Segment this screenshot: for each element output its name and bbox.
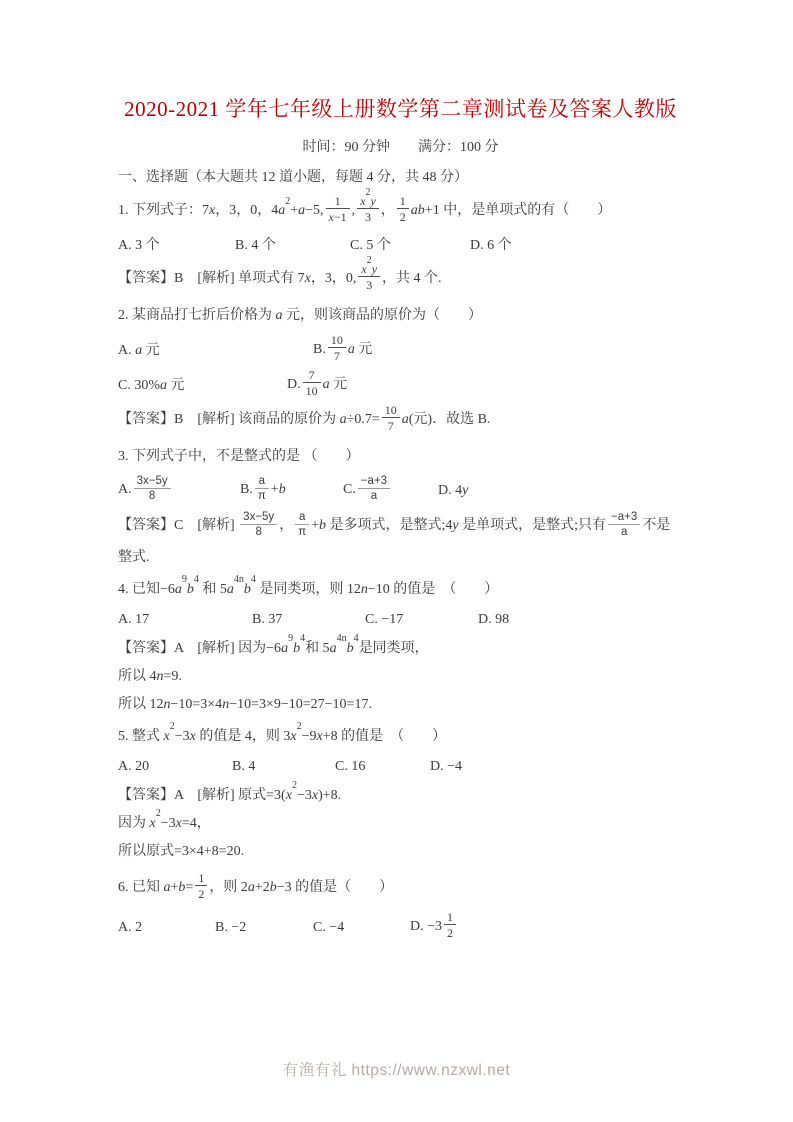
option-c: C. 30%a 元 bbox=[118, 375, 287, 396]
question-1-stem: 1. 下列式子：7x，3，0，4a2+a−5,1x−1,x2y3，12ab+1 … bbox=[118, 196, 683, 226]
answer-line: 【答案】C [解析] 3x−5y8，aπ+b 是多项式，是整式;4y 是单项式，… bbox=[118, 512, 683, 540]
option-a: A. 17 bbox=[118, 609, 252, 630]
fraction: 107 bbox=[328, 333, 346, 363]
time-score-line: 时间：90 分钟 满分：100 分 bbox=[118, 137, 683, 158]
option-d: D. −4 bbox=[430, 756, 462, 777]
question-2-options-row-2: C. 30%a 元 D.710a 元 bbox=[118, 370, 683, 400]
question-6: 6. 已知 a+b=12，则 2a+2b−3 的值是（ ） A. 2 B. −2… bbox=[118, 873, 683, 942]
solution-step: 所以原式=3×4+8=20. bbox=[118, 841, 683, 862]
question-2-stem: 2. 某商品打七折后价格为 a 元，则该商品的原价为（ ） bbox=[118, 305, 683, 326]
question-1: 1. 下列式子：7x，3，0，4a2+a−5,1x−1,x2y3，12ab+1 … bbox=[118, 196, 683, 294]
footer-link[interactable]: 有渔有礼 https://www.nzxwl.net bbox=[283, 1062, 510, 1079]
question-3: 3. 下列式子中，不是整式的是 （ ） A.3x−5y8 B.aπ+b C.−a… bbox=[118, 446, 683, 568]
question-3-options: A.3x−5y8 B.aπ+b C.−a+3a D. 4y bbox=[118, 476, 683, 504]
answer-line-continued: 整式. bbox=[118, 547, 683, 568]
option-c: C. −4 bbox=[313, 917, 410, 938]
option-b: B.aπ+b bbox=[240, 476, 343, 504]
solution-step: 所以 4n=9. bbox=[118, 666, 683, 687]
option-d: D. 6 个 bbox=[470, 235, 512, 256]
question-4: 4. 已知−6a9b4 和 5a4nb4 是同类项，则 12n−10 的值是 （… bbox=[118, 579, 683, 715]
option-a: A. 20 bbox=[118, 756, 232, 777]
fraction: 3x−5y8 bbox=[134, 475, 171, 503]
solution-step: 因为 x2−3x=4， bbox=[118, 813, 683, 834]
option-a: A.3x−5y8 bbox=[118, 476, 240, 504]
option-c: C. 5 个 bbox=[350, 235, 470, 256]
answer-line: 【答案】B [解析] 单项式有 7x，3，0,x2y3，共 4 个. bbox=[118, 264, 683, 294]
fraction: 107 bbox=[382, 403, 400, 433]
answer-line: 【答案】B [解析] 该商品的原价为 a÷0.7=107a(元)．故选 B. bbox=[118, 405, 683, 435]
fraction: x2y3 bbox=[357, 194, 379, 224]
section-header: 一、选择题（本大题共 12 道小题，每题 4 分，共 48 分） bbox=[118, 167, 683, 188]
option-a: A. 3 个 bbox=[118, 235, 235, 256]
question-1-options: A. 3 个 B. 4 个 C. 5 个 D. 6 个 bbox=[118, 235, 683, 256]
page-content: 2020-2021 学年七年级上册数学第二章测试卷及答案人教版 时间：90 分钟… bbox=[0, 0, 793, 942]
fraction: aπ bbox=[295, 511, 309, 539]
fraction: −a+3a bbox=[358, 475, 390, 503]
fraction: aπ bbox=[255, 475, 269, 503]
fraction: 3x−5y8 bbox=[240, 511, 277, 539]
fraction: 12 bbox=[444, 910, 456, 940]
fraction: 12 bbox=[397, 194, 409, 224]
option-b: B. 4 个 bbox=[235, 235, 350, 256]
question-2: 2. 某商品打七折后价格为 a 元，则该商品的原价为（ ） A. a 元 B.1… bbox=[118, 305, 683, 435]
fraction: 710 bbox=[303, 368, 321, 398]
option-c: C. 16 bbox=[335, 756, 430, 777]
option-b: B.107a 元 bbox=[313, 335, 372, 365]
solution-step: 所以 12n−10=3×4n−10=3×9−10=27−10=17. bbox=[118, 694, 683, 715]
fraction: 1x−1 bbox=[326, 194, 350, 224]
question-4-stem: 4. 已知−6a9b4 和 5a4nb4 是同类项，则 12n−10 的值是 （… bbox=[118, 579, 683, 600]
doc-title: 2020-2021 学年七年级上册数学第二章测试卷及答案人教版 bbox=[118, 94, 683, 124]
question-6-stem: 6. 已知 a+b=12，则 2a+2b−3 的值是（ ） bbox=[118, 873, 683, 903]
option-d: D. 98 bbox=[478, 609, 509, 630]
option-c: C. −17 bbox=[365, 609, 478, 630]
answer-line: 【答案】A [解析] 因为−6a9b4和 5a4nb4是同类项， bbox=[118, 638, 683, 659]
option-b: B. 4 bbox=[232, 756, 335, 777]
answer-line: 【答案】A [解析] 原式=3(x2−3x)+8. bbox=[118, 785, 683, 806]
option-a: A. 2 bbox=[118, 917, 215, 938]
question-6-options: A. 2 B. −2 C. −4 D. −312 bbox=[118, 912, 683, 942]
option-d: D.710a 元 bbox=[287, 370, 347, 400]
document-page: { "doc": { "title": "2020-2021 学年七年级上册数学… bbox=[0, 0, 793, 1122]
question-5-options: A. 20 B. 4 C. 16 D. −4 bbox=[118, 756, 683, 777]
option-d: D. 4y bbox=[438, 480, 468, 501]
footer-watermark: 有渔有礼 https://www.nzxwl.net bbox=[0, 1060, 793, 1081]
option-a: A. a 元 bbox=[118, 340, 313, 361]
fraction: 12 bbox=[195, 871, 207, 901]
option-b: B. 37 bbox=[252, 609, 365, 630]
option-d: D. −312 bbox=[410, 912, 458, 942]
fraction: x2y3 bbox=[358, 262, 380, 292]
option-c: C.−a+3a bbox=[343, 476, 438, 504]
question-3-stem: 3. 下列式子中，不是整式的是 （ ） bbox=[118, 446, 683, 467]
question-2-options-row-1: A. a 元 B.107a 元 bbox=[118, 335, 683, 365]
option-b: B. −2 bbox=[215, 917, 313, 938]
question-5-stem: 5. 整式 x2−3x 的值是 4，则 3x2−9x+8 的值是 （ ） bbox=[118, 726, 683, 747]
question-5: 5. 整式 x2−3x 的值是 4，则 3x2−9x+8 的值是 （ ） A. … bbox=[118, 726, 683, 862]
question-4-options: A. 17 B. 37 C. −17 D. 98 bbox=[118, 609, 683, 630]
fraction: −a+3a bbox=[608, 511, 640, 539]
